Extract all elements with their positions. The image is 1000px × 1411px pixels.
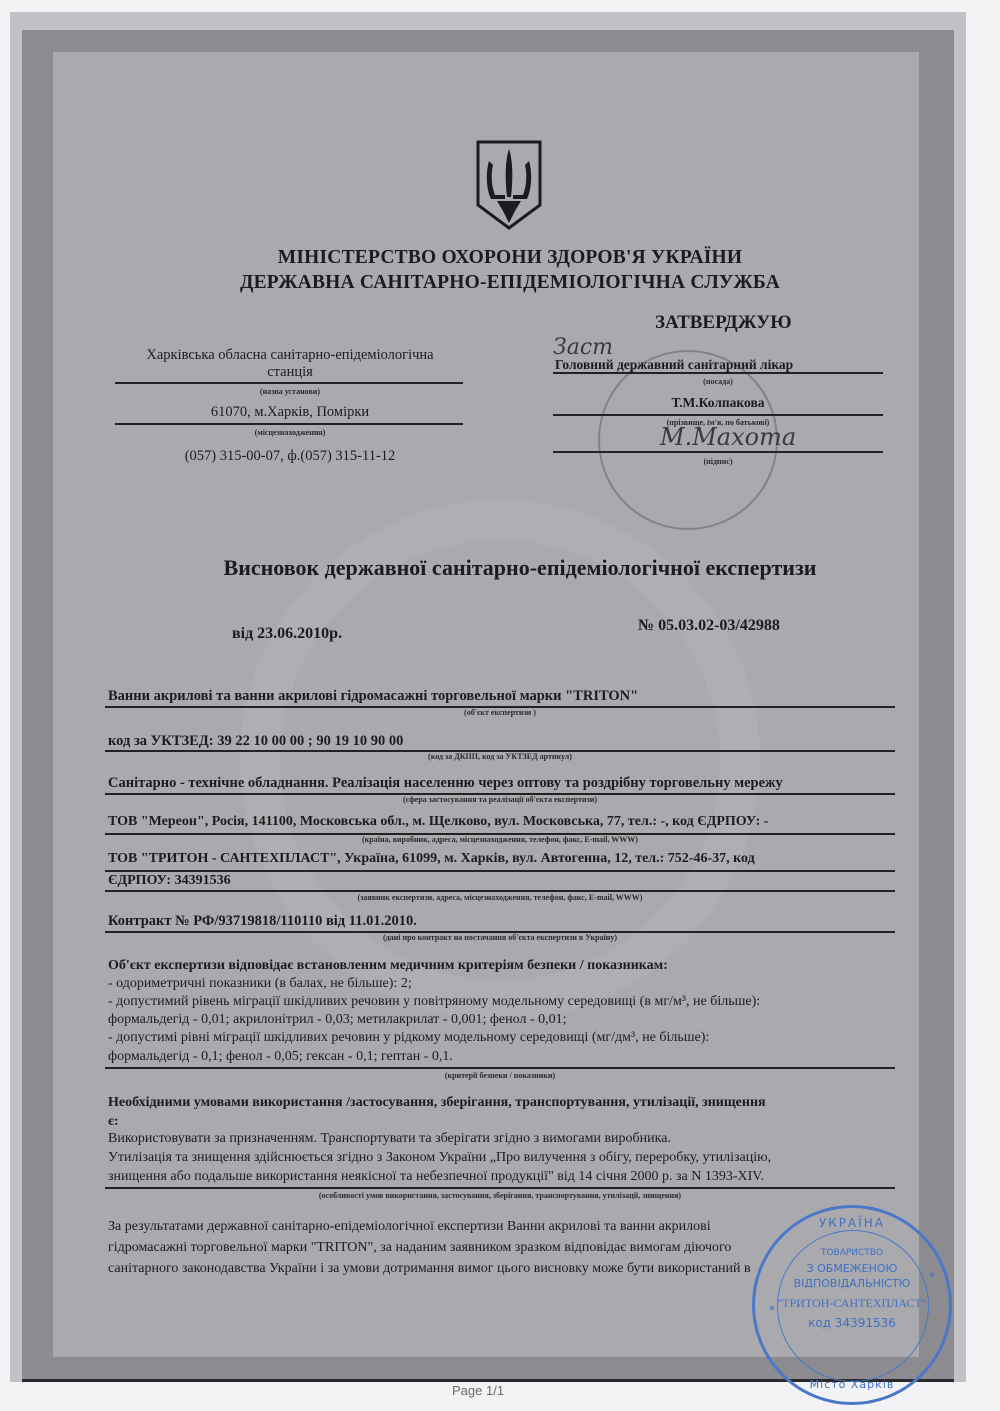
stamp-company-name: "ТРИТОН-САНТЕХПЛАСТ" — [755, 1296, 949, 1311]
stamp-star-left-icon: * — [769, 1303, 775, 1317]
product-code-caption: (код за ДКПП, код за УКТЗЕД артикул) — [105, 752, 895, 761]
institution-name-caption: (назва установи) — [115, 387, 465, 396]
conditions-law: знищення або подальше використання неякі… — [108, 1169, 764, 1185]
ukraine-trident-emblem-icon — [475, 139, 543, 231]
contract: Контракт № РФ/93719818/110110 від 11.01.… — [108, 913, 417, 930]
institution-name-cont: станція — [115, 364, 465, 381]
conditions-caption: (особливості умов використання, застосув… — [105, 1191, 895, 1200]
criteria-odor: - одориметричні показники (в балах, не б… — [108, 976, 412, 992]
signature-caption: (підпис) — [553, 457, 883, 466]
institution-address-caption: (місцезнаходження) — [115, 428, 465, 437]
underline — [105, 890, 895, 892]
criteria-liquid-values: формальдегід - 0,1; фенол - 0,05; гексан… — [108, 1049, 453, 1065]
service-name: ДЕРЖАВНА САНІТАРНО-ЕПІДЕМІОЛОГІЧНА СЛУЖБ… — [200, 272, 820, 294]
product-code: код за УКТЗЕД: 39 22 10 00 00 ; 90 19 10… — [108, 733, 403, 750]
expertise-object: Ванни акрилові та ванни акрилові гідрома… — [108, 688, 638, 705]
underline — [553, 372, 883, 374]
approver-position: Головний державний санітарний лікар — [555, 357, 793, 373]
underline — [553, 414, 883, 416]
underline — [115, 382, 463, 384]
conclusion-line-1: За результатами державної санітарно-епід… — [108, 1219, 711, 1235]
manufacturer: ТОВ "Мереон", Росія, 141100, Московська … — [108, 814, 768, 830]
application-scope-caption: (сфера застосування та реалізації об'єкт… — [105, 795, 895, 804]
contract-caption: (дані про контракт на постачання об'єкта… — [105, 933, 895, 942]
stamp-star-right-icon: * — [929, 1270, 935, 1284]
criteria-air-values: формальдегід - 0,01; акрилонітрил - 0,03… — [108, 1012, 567, 1028]
applicant-caption: (заявник експертизи, адреса, місцезнаход… — [105, 893, 895, 902]
underline — [115, 423, 463, 425]
criteria-caption: (критерії безпеки / показники) — [105, 1071, 895, 1080]
document-title: Висновок державної санітарно-епідеміолог… — [150, 555, 890, 581]
stamp-code: код 34391536 — [755, 1316, 949, 1330]
criteria-heading: Об'єкт експертизи відповідає встановлени… — [108, 958, 668, 974]
document-date: від 23.06.2010р. — [232, 625, 342, 643]
criteria-air-migration: - допустимий рівень міграції шкідливих р… — [108, 994, 760, 1010]
stamp-line-1: ТОВАРИСТВО — [755, 1248, 949, 1258]
applicant-code: ЄДРПОУ: 34391536 — [108, 873, 231, 889]
approver-position-caption: (посада) — [553, 377, 883, 386]
applicant: ТОВ "ТРИТОН - САНТЕХПЛАСТ", Україна, 610… — [108, 851, 755, 867]
approval-heading: ЗАТВЕРДЖУЮ — [655, 312, 792, 334]
institution-address: 61070, м.Харків, Помірки — [115, 404, 465, 421]
stamp-line-3: ВІДПОВІДАЛЬНІСТЮ — [755, 1277, 949, 1290]
underline — [105, 1187, 895, 1189]
stamp-line-2: З ОБМЕЖЕНОЮ — [755, 1262, 949, 1275]
stamp-city: Місто Харків — [755, 1378, 949, 1391]
application-scope: Санітарно - технічне обладнання. Реаліза… — [108, 775, 783, 792]
underline — [105, 1067, 895, 1069]
document-number: № 05.03.02-03/42988 — [638, 617, 780, 635]
handwritten-signature: М.Махота — [660, 423, 796, 451]
underline — [553, 451, 883, 453]
page-number: Page 1/1 — [452, 1383, 504, 1398]
conclusion-line-2: гідромасажні торговельної марки "TRITON"… — [108, 1240, 731, 1256]
conditions-usage: Використовувати за призначенням. Транспо… — [108, 1131, 671, 1147]
conclusion-line-3: санітарного законодавства України і за у… — [108, 1261, 751, 1277]
stamp-country: УКРАЇНА — [755, 1216, 949, 1230]
institution-phone: (057) 315-00-07, ф.(057) 315-11-12 — [115, 448, 465, 465]
conditions-heading-cont: є: — [108, 1114, 119, 1130]
conditions-heading: Необхідними умовами використання /застос… — [108, 1095, 766, 1111]
manufacturer-caption: (країна, виробник, адреса, місцезнаходже… — [105, 835, 895, 844]
institution-name: Харківська обласна санітарно-епідеміолог… — [115, 347, 465, 364]
underline — [105, 870, 895, 872]
conditions-disposal: Утилізація та знищення здійснюється згід… — [108, 1150, 771, 1166]
company-stamp: УКРАЇНА ТОВАРИСТВО З ОБМЕЖЕНОЮ ВІДПОВІДА… — [752, 1205, 952, 1405]
approver-name: Т.М.Колпакова — [553, 395, 883, 411]
criteria-liquid-migration: - допустимі рівні міграції шкідливих реч… — [108, 1030, 709, 1046]
ministry-name: МІНІСТЕРСТВО ОХОРОНИ ЗДОРОВ'Я УКРАЇНИ — [200, 247, 820, 269]
expertise-object-caption: (об'єкт експертизи ) — [105, 708, 895, 717]
